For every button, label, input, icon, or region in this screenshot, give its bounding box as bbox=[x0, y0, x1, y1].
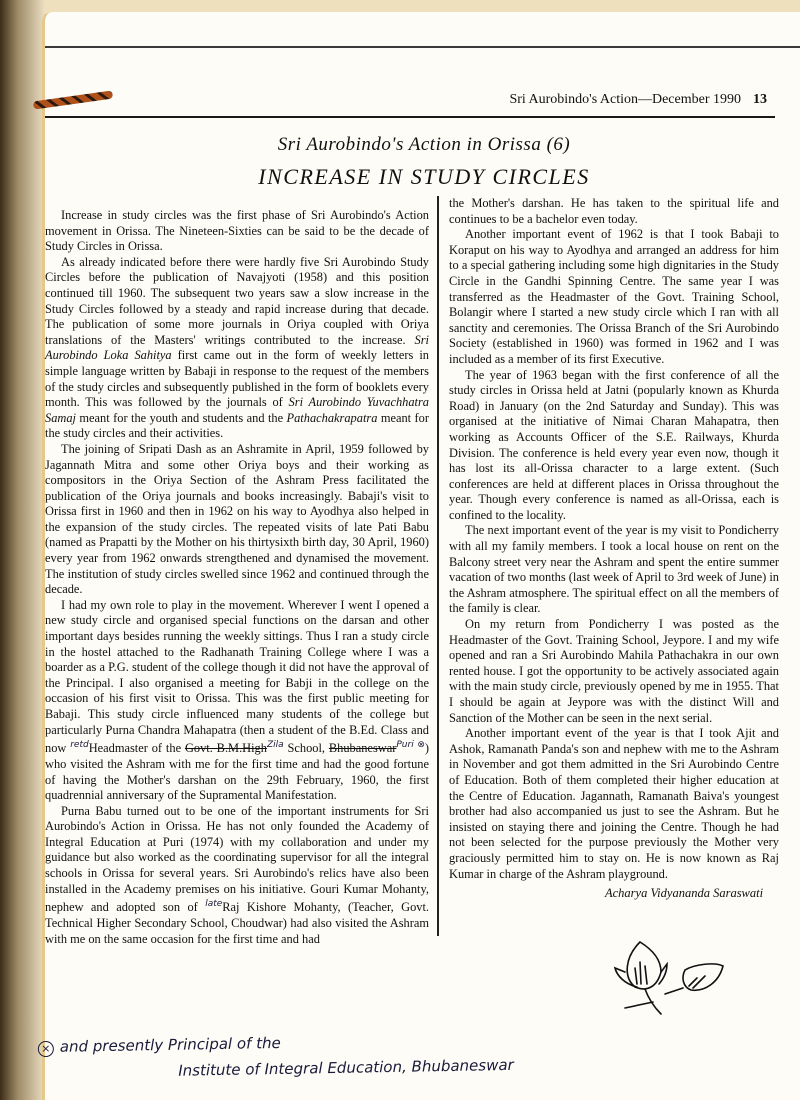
lotus-icon bbox=[595, 932, 725, 1022]
paragraph: the Mother's darshan. He has taken to th… bbox=[449, 196, 779, 227]
paragraph: The year of 1963 began with the first co… bbox=[449, 368, 779, 524]
running-head: Sri Aurobindo's Action—December 199013 bbox=[509, 92, 767, 108]
page-number: 13 bbox=[753, 92, 767, 107]
handwritten-footnote: ×and presently Principal of the Institut… bbox=[38, 1026, 514, 1086]
right-column: the Mother's darshan. He has taken to th… bbox=[449, 196, 779, 882]
column-divider bbox=[437, 196, 439, 936]
handwritten-insertion: Puri ⊗ bbox=[396, 740, 425, 750]
article-title: INCREASE IN STUDY CIRCLES bbox=[45, 164, 800, 190]
paragraph: Another important event of the year is t… bbox=[449, 726, 779, 882]
paragraph: I had my own role to play in the movemen… bbox=[45, 598, 429, 804]
struck-text: Govt. B.M.High bbox=[185, 741, 267, 755]
struck-text: Bhubaneswar bbox=[329, 741, 396, 755]
author-signature: Acharya Vidyananda Saraswati bbox=[605, 886, 763, 901]
binding-shadow bbox=[0, 0, 44, 1100]
series-title: Sri Aurobindo's Action in Orissa (6) bbox=[45, 134, 800, 156]
binding-string bbox=[33, 90, 113, 109]
paragraph: Increase in study circles was the first … bbox=[45, 208, 429, 255]
handwritten-insertion: retd bbox=[70, 740, 88, 750]
publication-name: Sri Aurobindo's Action—December 1990 bbox=[509, 92, 741, 107]
circled-x-marker: × bbox=[38, 1041, 54, 1057]
journal-title: Pathachakrapatra bbox=[287, 411, 378, 425]
top-edge-rule bbox=[45, 46, 800, 48]
header-rule bbox=[45, 116, 775, 118]
left-column: Increase in study circles was the first … bbox=[45, 208, 429, 947]
handwritten-insertion: late bbox=[205, 899, 222, 909]
document-page: Sri Aurobindo's Action—December 199013 S… bbox=[42, 12, 800, 1100]
paragraph: On my return from Pondicherry I was post… bbox=[449, 617, 779, 726]
paragraph: As already indicated before there were h… bbox=[45, 255, 429, 442]
paragraph: The next important event of the year is … bbox=[449, 523, 779, 617]
paragraph: Purna Babu turned out to be one of the i… bbox=[45, 804, 429, 947]
paragraph: Another important event of 1962 is that … bbox=[449, 227, 779, 367]
paragraph: The joining of Sripati Dash as an Ashram… bbox=[45, 442, 429, 598]
handwritten-insertion: Zila bbox=[267, 740, 284, 750]
